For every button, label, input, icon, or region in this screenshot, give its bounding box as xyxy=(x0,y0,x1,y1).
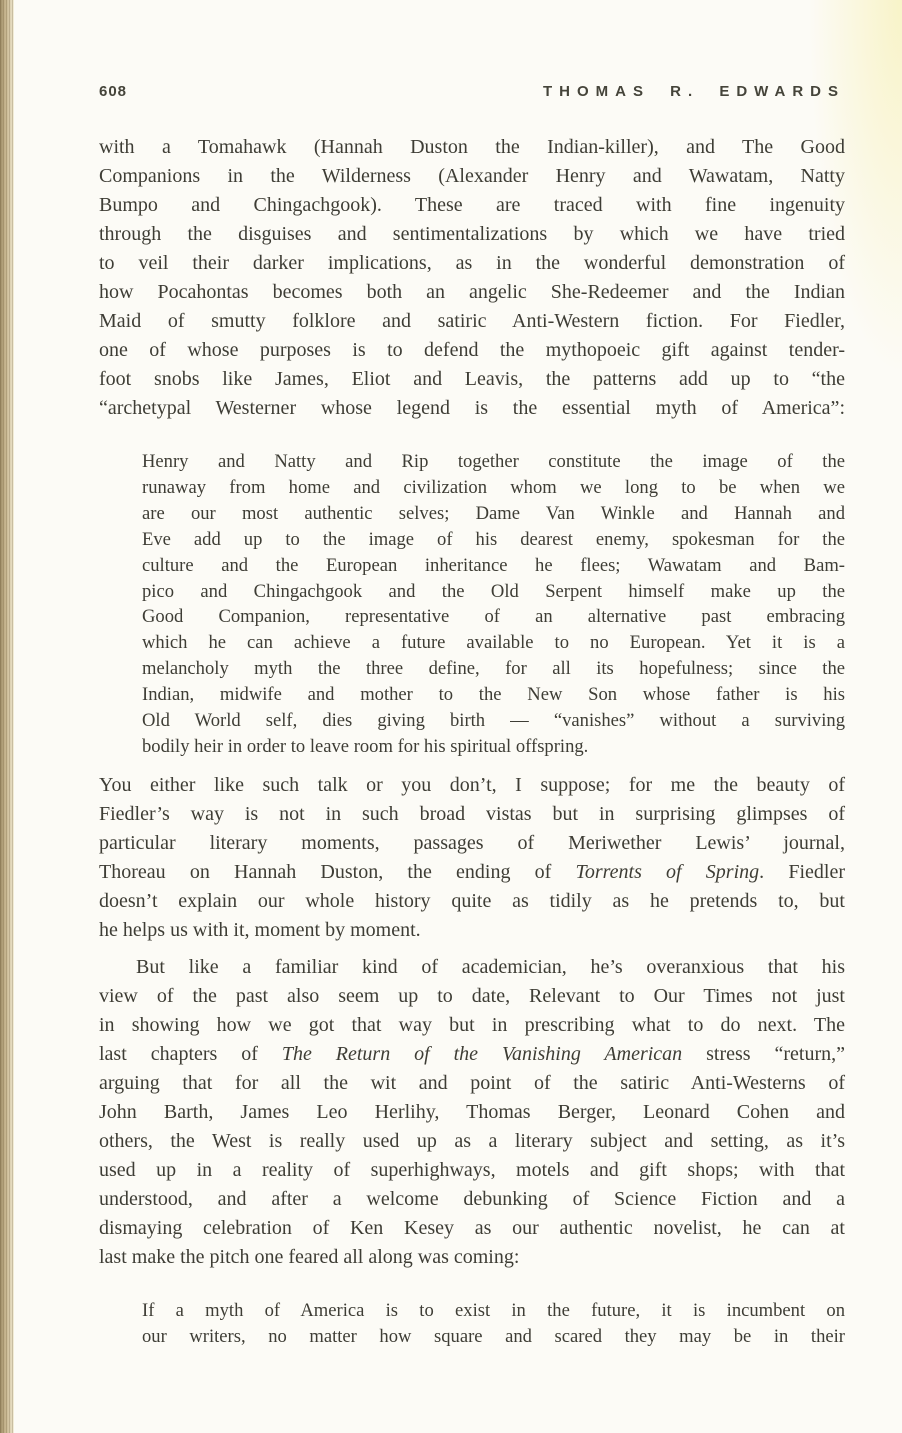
text-line: through the disguises and sentimentaliza… xyxy=(99,220,845,249)
scanned-book-page: 608 THOMAS R. EDWARDS with a Tomahawk (H… xyxy=(0,0,902,1433)
book-spine-edge xyxy=(0,0,14,1433)
text-line: he helps us with it, moment by moment. xyxy=(99,916,845,945)
text-line: If a myth of America is to exist in the … xyxy=(142,1298,845,1324)
page-body: with a Tomahawk (Hannah Duston the India… xyxy=(99,133,845,1350)
text-line: Fiedler’s way is not in such broad vista… xyxy=(99,800,845,829)
blockquote: If a myth of America is to exist in the … xyxy=(142,1298,845,1350)
text-line: Good Companion, representative of an alt… xyxy=(142,604,845,630)
text-line: view of the past also seem up to date, R… xyxy=(99,982,845,1011)
text-line: foot snobs like James, Eliot and Leavis,… xyxy=(99,365,845,394)
text-line: one of whose purposes is to defend the m… xyxy=(99,336,845,365)
text-line: how Pocahontas becomes both an angelic S… xyxy=(99,278,845,307)
text-line: culture and the European inheritance he … xyxy=(142,553,845,579)
text-line: Companions in the Wilderness (Alexander … xyxy=(99,162,845,191)
text-line: dismaying celebration of Ken Kesey as ou… xyxy=(99,1214,845,1243)
text-line: Bumpo and Chingachgook). These are trace… xyxy=(99,191,845,220)
text-line: last chapters of The Return of the Vanis… xyxy=(99,1040,845,1069)
blockquote: Henry and Natty and Rip together constit… xyxy=(142,449,845,760)
text-line: are our most authentic selves; Dame Van … xyxy=(142,501,845,527)
text-line: in showing how we got that way but in pr… xyxy=(99,1011,845,1040)
text-line: others, the West is really used up as a … xyxy=(99,1127,845,1156)
text-line: John Barth, James Leo Herlihy, Thomas Be… xyxy=(99,1098,845,1127)
text-line: understood, and after a welcome debunkin… xyxy=(99,1185,845,1214)
paragraph: with a Tomahawk (Hannah Duston the India… xyxy=(99,133,845,423)
text-line: which he can achieve a future available … xyxy=(142,630,845,656)
text-line: to veil their darker implications, as in… xyxy=(99,249,845,278)
text-line: Henry and Natty and Rip together constit… xyxy=(142,449,845,475)
running-header-author: THOMAS R. EDWARDS xyxy=(543,83,845,100)
text-line: You either like such talk or you don’t, … xyxy=(99,771,845,800)
page-number: 608 xyxy=(99,83,127,100)
text-line: used up in a reality of superhighways, m… xyxy=(99,1156,845,1185)
text-line: Maid of smutty folklore and satiric Anti… xyxy=(99,307,845,336)
text-line: with a Tomahawk (Hannah Duston the India… xyxy=(99,133,845,162)
text-line: Eve add up to the image of his dearest e… xyxy=(142,527,845,553)
text-line: Thoreau on Hannah Duston, the ending of … xyxy=(99,858,845,887)
running-header: 608 THOMAS R. EDWARDS xyxy=(99,83,845,100)
italic-title: Torrents of Spring xyxy=(576,861,760,883)
text-line: But like a familiar kind of academician,… xyxy=(99,953,845,982)
text-line: last make the pitch one feared all along… xyxy=(99,1243,845,1272)
paragraph: You either like such talk or you don’t, … xyxy=(99,771,845,945)
text-line: Indian, midwife and mother to the New So… xyxy=(142,682,845,708)
italic-title: The Return of the Vanishing American xyxy=(282,1043,682,1065)
text-line: arguing that for all the wit and point o… xyxy=(99,1069,845,1098)
text-line: pico and Chingachgook and the Old Serpen… xyxy=(142,579,845,605)
text-line: doesn’t explain our whole history quite … xyxy=(99,887,845,916)
text-line: runaway from home and civilization whom … xyxy=(142,475,845,501)
text-line: “archetypal Westerner whose legend is th… xyxy=(99,394,845,423)
text-line: melancholy myth the three define, for al… xyxy=(142,656,845,682)
text-line: bodily heir in order to leave room for h… xyxy=(142,734,845,760)
text-line: our writers, no matter how square and sc… xyxy=(142,1324,845,1350)
text-line: particular literary moments, passages of… xyxy=(99,829,845,858)
paragraph: But like a familiar kind of academician,… xyxy=(99,953,845,1272)
text-line: Old World self, dies giving birth — “van… xyxy=(142,708,845,734)
